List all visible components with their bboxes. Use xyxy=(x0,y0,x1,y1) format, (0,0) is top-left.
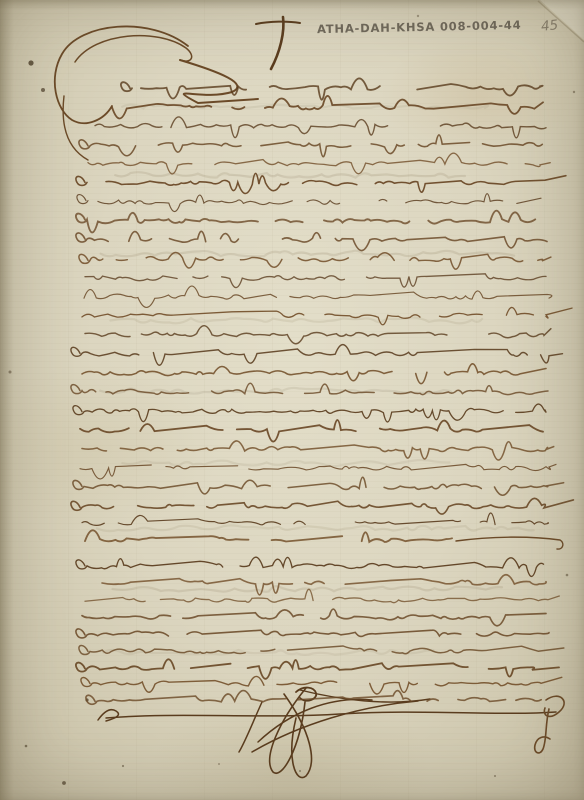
page-top-edge-shadow xyxy=(0,0,584,10)
static-ink-marks xyxy=(0,0,584,800)
opening-flourish-mark xyxy=(55,26,258,160)
invocation-cross-mark xyxy=(256,17,300,69)
paraph-mark xyxy=(535,696,564,753)
folio-number: 45 xyxy=(540,17,559,35)
paragraph-closing-dash xyxy=(456,537,563,549)
notarial-rubric-mark xyxy=(239,688,430,778)
manuscript-page: ATHA-DAH-KHSA 008-004-44 45 xyxy=(0,0,584,800)
closing-rule xyxy=(98,710,556,721)
manuscript-text-lines xyxy=(0,0,584,800)
page-left-edge-shadow xyxy=(0,0,14,800)
foxing-spots xyxy=(9,15,576,785)
archival-reference: ATHA-DAH-KHSA 008-004-44 xyxy=(317,18,522,36)
